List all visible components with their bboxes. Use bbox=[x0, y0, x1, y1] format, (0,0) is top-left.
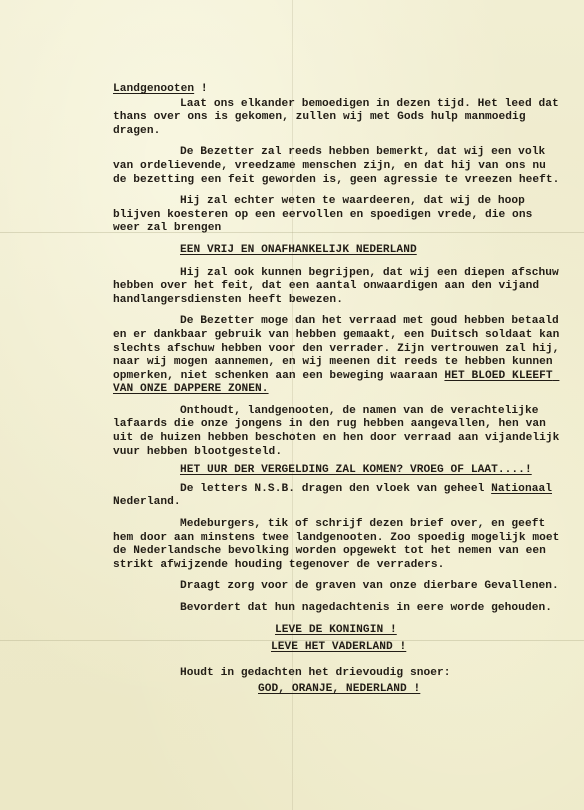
salutation-text: Landgenooten bbox=[113, 83, 194, 95]
paragraph-7-text: De letters N.S.B. dragen den vloek van g… bbox=[180, 483, 491, 495]
paragraph-5: De Bezetter moge dan het verraad met gou… bbox=[113, 315, 563, 397]
motto: GOD, ORANJE, NEDERLAND ! bbox=[113, 683, 563, 697]
closing-line-1: LEVE DE KONINGIN ! bbox=[113, 624, 563, 638]
closing-line-2-text: LEVE HET VADERLAND ! bbox=[271, 641, 406, 653]
paragraph-1: Laat ons elkander bemoedigen in dezen ti… bbox=[113, 98, 563, 139]
paragraph-7: De letters N.S.B. dragen den vloek van g… bbox=[113, 483, 563, 510]
paragraph-6: Onthoudt, landgenooten, de namen van de … bbox=[113, 405, 563, 459]
letter-body: Landgenooten ! Laat ons elkander bemoedi… bbox=[113, 83, 563, 705]
heading-retribution: HET UUR DER VERGELDING ZAL KOMEN? VROEG … bbox=[113, 464, 563, 478]
paragraph-2: De Bezetter zal reeds hebben bemerkt, da… bbox=[113, 146, 563, 187]
motto-text: GOD, ORANJE, NEDERLAND ! bbox=[258, 683, 420, 695]
paragraph-8: Medeburgers, tik of schrijf dezen brief … bbox=[113, 518, 563, 572]
paragraph-4: Hij zal ook kunnen begrijpen, dat wij ee… bbox=[113, 267, 563, 308]
paragraph-3: Hij zal echter weten te waardeeren, dat … bbox=[113, 195, 563, 236]
heading-text: EEN VRIJ EN ONAFHANKELIJK NEDERLAND bbox=[180, 244, 417, 256]
salutation-suffix: ! bbox=[194, 83, 208, 95]
closing-line-2: LEVE HET VADERLAND ! bbox=[113, 641, 563, 655]
paragraph-7-emphasis: Nationaal bbox=[491, 483, 552, 495]
salutation: Landgenooten ! bbox=[113, 83, 563, 97]
motto-intro: Houdt in gedachten het drievoudig snoer: bbox=[113, 667, 563, 681]
paragraph-9: Draagt zorg voor de graven van onze dier… bbox=[113, 580, 563, 594]
heading-text: HET UUR DER VERGELDING ZAL KOMEN? VROEG … bbox=[180, 464, 532, 476]
paragraph-10: Bevordert dat hun nagedachtenis in eere … bbox=[113, 602, 563, 616]
heading-free-netherlands: EEN VRIJ EN ONAFHANKELIJK NEDERLAND bbox=[113, 244, 563, 258]
closing-line-1-text: LEVE DE KONINGIN ! bbox=[275, 624, 397, 636]
